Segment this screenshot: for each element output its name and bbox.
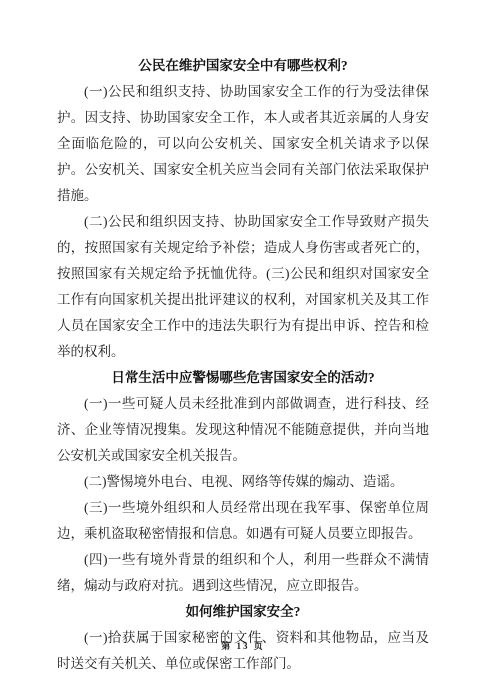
section-heading-how-to-safeguard: 如何维护国家安全? [57,599,429,625]
document-content: 公民在维护国家安全中有哪些权利? (一)公民和组织支持、协助国家安全工作的行为受… [57,53,429,677]
paragraph: (二)公民和组织因支持、协助国家安全工作导致财产损失的，按照国家有关规定给予补偿… [57,209,429,365]
paragraph: (二)警惕境外电台、电视、网络等传媒的煽动、造谣。 [57,469,429,495]
section-heading-rights: 公民在维护国家安全中有哪些权利? [57,53,429,79]
document-page: 公民在维护国家安全中有哪些权利? (一)公民和组织支持、协助国家安全工作的行为受… [0,0,486,690]
paragraph: (四)一些有境外背景的组织和个人，利用一些群众不满情绪，煽动与政府对抗。遇到这些… [57,547,429,599]
paragraph: (三)一些境外组织和人员经常出现在我军事、保密单位周边，乘机盗取秘密情报和信息。… [57,495,429,547]
section-heading-daily-vigilance: 日常生活中应警惕哪些危害国家安全的活动? [57,365,429,391]
paragraph: (一)一些可疑人员未经批准到内部做调查，进行科技、经济、企业等情况搜集。发现这种… [57,391,429,469]
page-number: 第 13 页 [0,640,486,652]
paragraph: (一)公民和组织支持、协助国家安全工作的行为受法律保护。因支持、协助国家安全工作… [57,79,429,209]
